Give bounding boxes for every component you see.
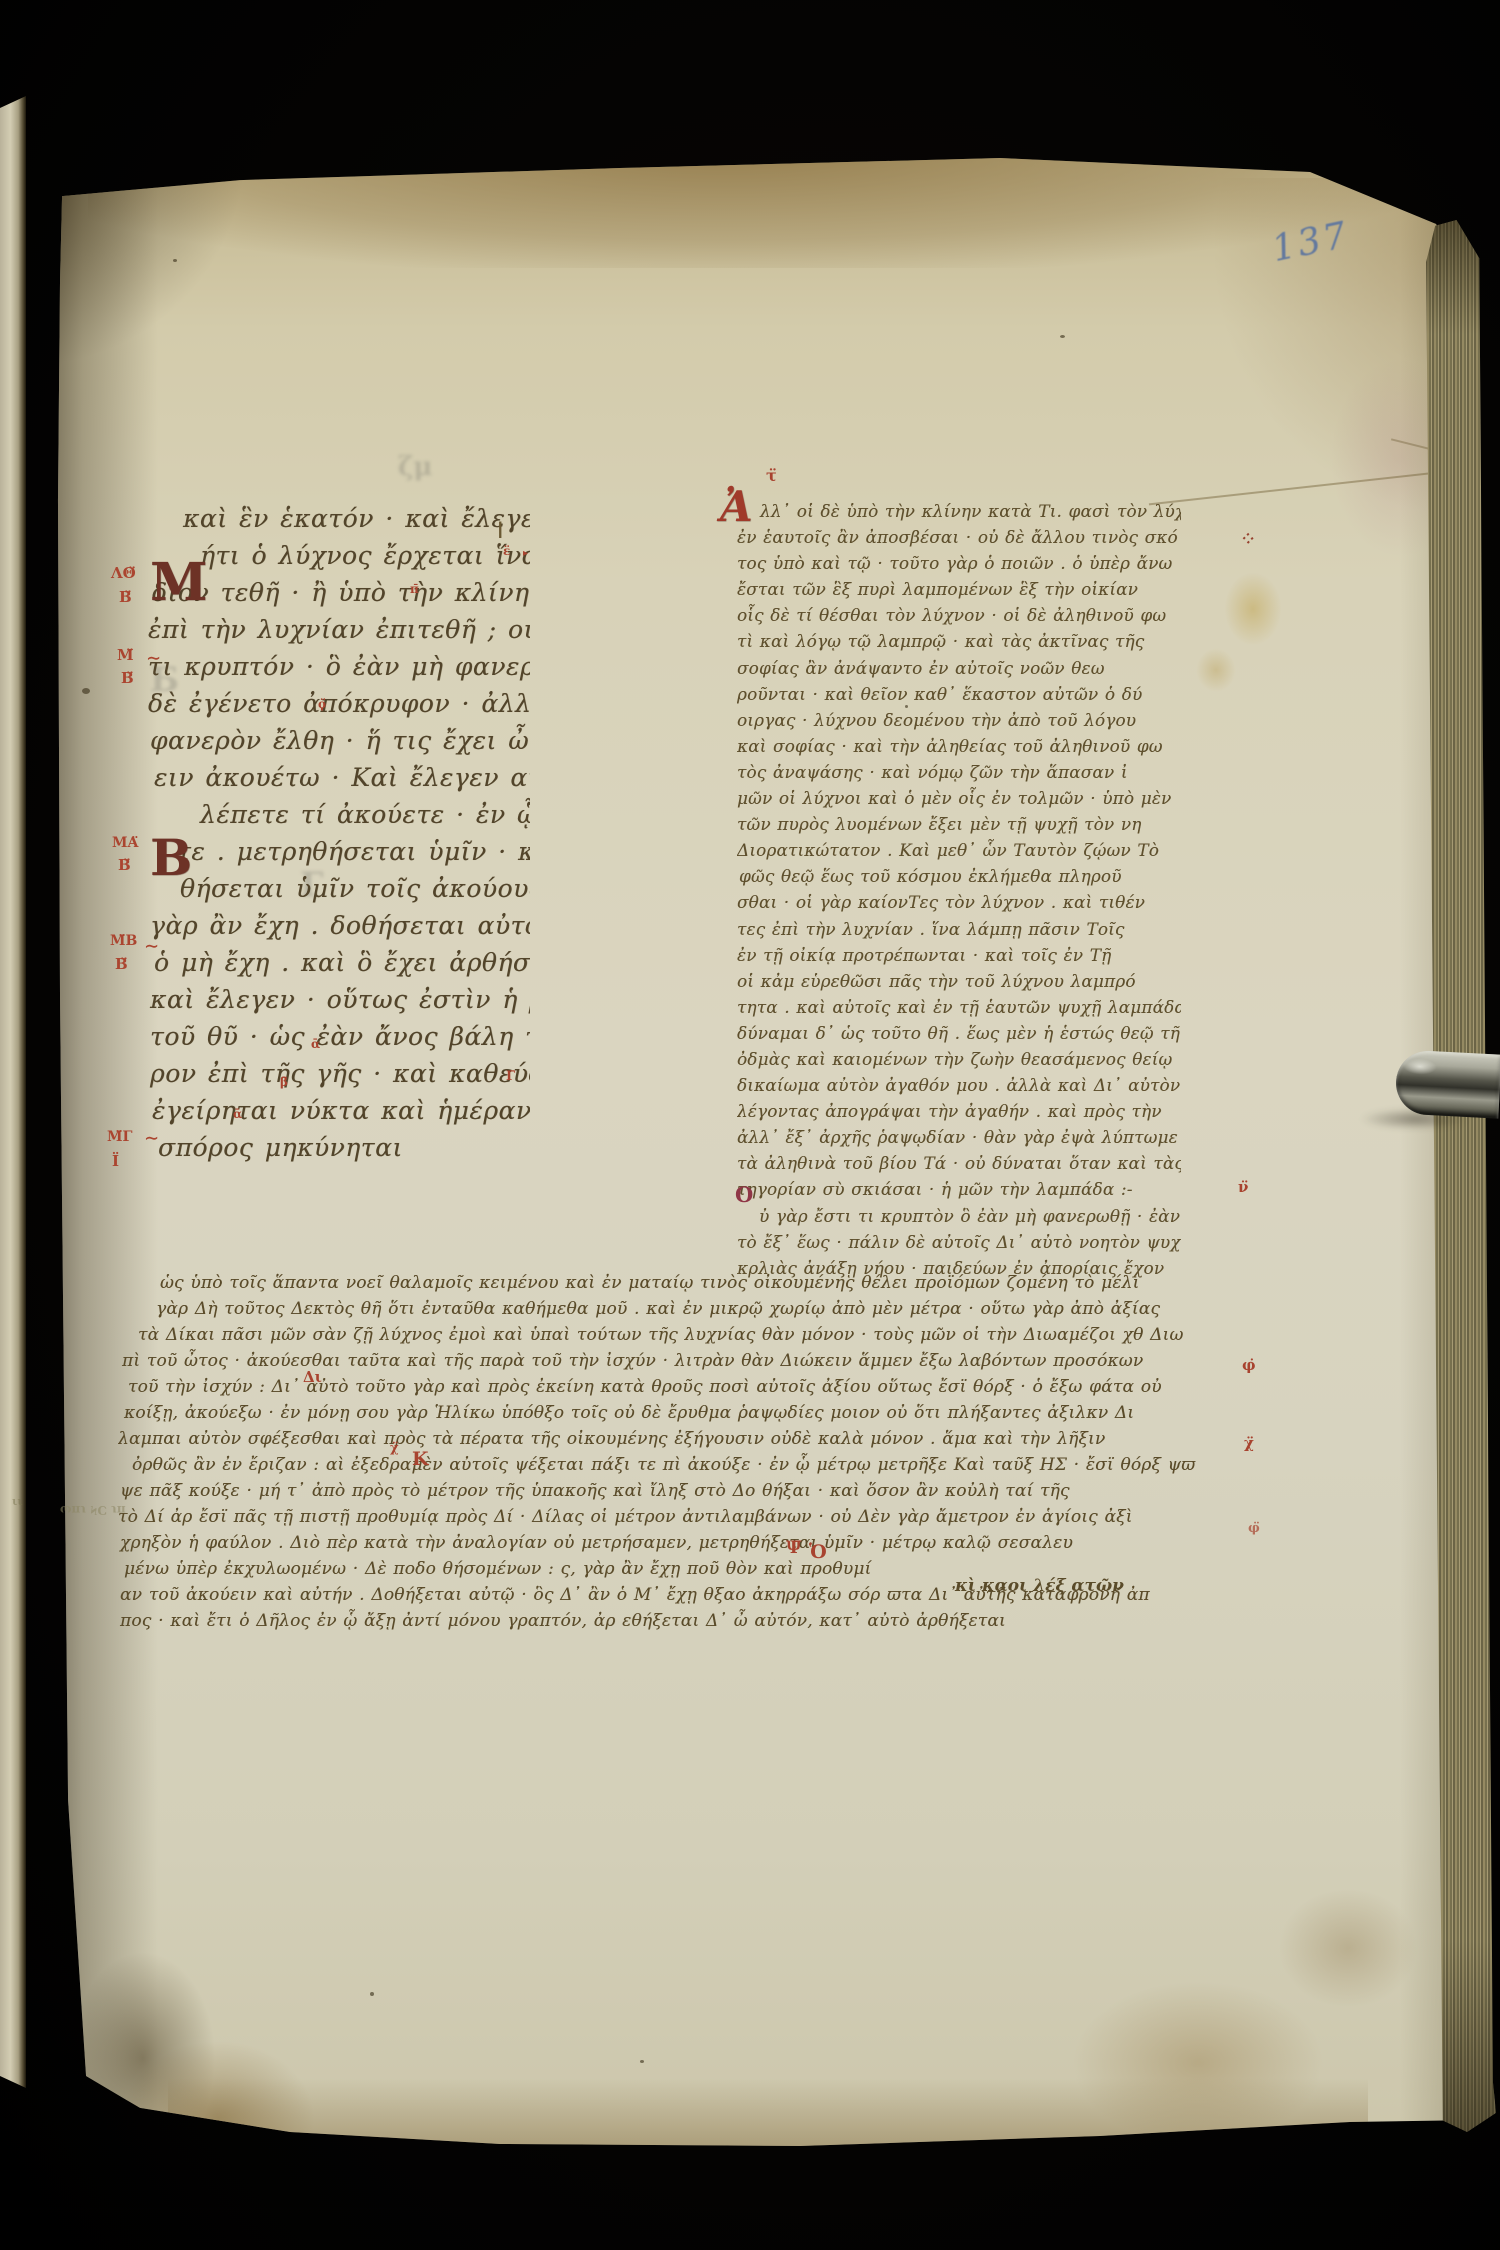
ink-speck	[173, 259, 177, 262]
ink-speck	[1060, 335, 1065, 338]
show-through-ghost: ζμ	[398, 452, 432, 482]
stain-top-left-corner	[28, 148, 248, 368]
initial-mu: Μ	[150, 552, 208, 613]
stain-bottom-left-tan	[118, 2038, 318, 2198]
crease-line	[1149, 469, 1463, 506]
stain-top-band	[88, 148, 1418, 268]
ink-speck	[370, 1992, 374, 1996]
foxing-spot	[1224, 572, 1282, 646]
glass-page-weight	[1394, 1049, 1500, 1118]
initial-alpha: Ἀ	[720, 482, 753, 531]
ink-speck	[640, 2060, 644, 2063]
commentary-text-column: λλ᾽ οἱ δὲ ὑπὸ τὴν κλίνην κατὰ Τι. φασὶ τ…	[737, 498, 1181, 1281]
gutter-shadow	[28, 148, 158, 2152]
ink-speck	[82, 688, 90, 694]
stain-bottom-right	[1278, 1888, 1418, 2008]
foxing-spot-small	[1196, 648, 1236, 692]
stain-bottom-left-dark	[68, 1948, 218, 2168]
catena-bottom-block: ὡς ὑπὸ τοῖς ἅπαντα νοεῖ θαλαμοῖς κειμένο…	[118, 1270, 1234, 1634]
manuscript-photo: Б Г ζμ 137 καὶ ἓν ἑκατόν · καὶ ἔλεγεν αὐ…	[0, 0, 1500, 2250]
stain-bottom-edge	[168, 2078, 1368, 2158]
stain-bottom-middle	[1068, 1978, 1328, 2148]
initial-beta: Β	[150, 828, 192, 887]
previous-page-edge	[0, 96, 26, 2088]
